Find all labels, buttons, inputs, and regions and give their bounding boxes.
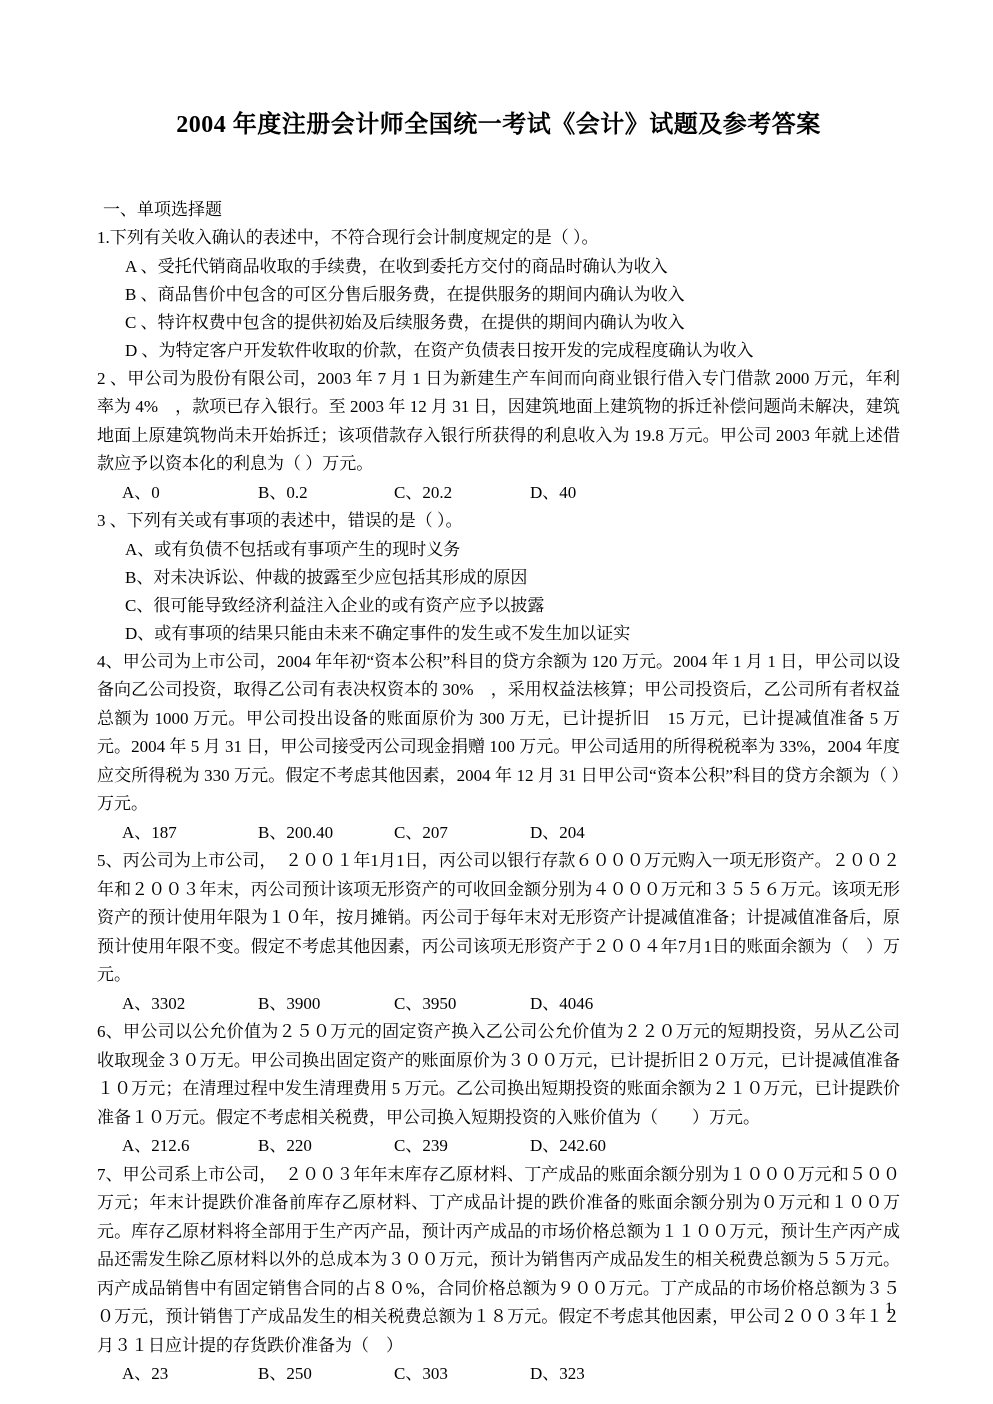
option-c: C、207: [394, 819, 512, 848]
option-b: B 、商品售价中包含的可区分售后服务费，在提供服务的期间内确认为收入: [125, 281, 900, 309]
option-b: B、220: [258, 1132, 376, 1161]
question-2-stem: 2 、甲公司为股份有限公司，2003 年 7 月 1 日为新建生产车间而向商业银…: [97, 365, 900, 479]
option-d: D、或有事项的结果只能由未来不确定事件的发生或不发生加以证实: [125, 620, 900, 648]
option-d: D、242.60: [530, 1132, 606, 1161]
question-3: 3 、下列有关或有事项的表述中，错误的是（ ）。 A、或有负债不包括或有事项产生…: [97, 507, 900, 648]
question-2-options: A、0 B、0.2 C、20.2 D、40: [97, 479, 900, 508]
option-c: C、303: [394, 1360, 512, 1389]
option-b: B、对未决诉讼、仲裁的披露至少应包括其形成的原因: [125, 564, 900, 592]
option-a: A、212.6: [122, 1132, 240, 1161]
question-5-stem: 5、丙公司为上市公司， ２００１年1月1日，丙公司以银行存款６０００万元购入一项…: [97, 847, 900, 990]
option-d: D 、为特定客户开发软件收取的价款，在资产负债表日按开发的完成程度确认为收入: [125, 337, 900, 365]
question-4: 4、甲公司为上市公司，2004 年年初“资本公积”科目的贷方余额为 120 万元…: [97, 648, 900, 848]
option-d: D、204: [530, 819, 585, 848]
page-number: 1: [885, 1298, 893, 1320]
page-title: 2004 年度注册会计师全国统一考试《会计》试题及参考答案: [97, 108, 900, 142]
question-7-stem: 7、甲公司系上市公司， ２００３年年末库存乙原材料、丁产成品的账面余额分别为１０…: [97, 1161, 900, 1361]
option-a: A 、受托代销商品收取的手续费，在收到委托方交付的商品时确认为收入: [125, 253, 900, 281]
option-b: B、0.2: [258, 479, 376, 508]
option-a: A、3302: [122, 990, 240, 1019]
question-6-stem: 6、甲公司以公允价值为２５０万元的固定资产换入乙公司公允价值为２２０万元的短期投…: [97, 1018, 900, 1132]
question-4-options: A、187 B、200.40 C、207 D、204: [97, 819, 900, 848]
option-a: A、或有负债不包括或有事项产生的现时义务: [125, 536, 900, 564]
option-c: C、239: [394, 1132, 512, 1161]
option-a: A、0: [122, 479, 240, 508]
question-3-options: A、或有负债不包括或有事项产生的现时义务 B、对未决诉讼、仲裁的披露至少应包括其…: [97, 536, 900, 648]
question-2: 2 、甲公司为股份有限公司，2003 年 7 月 1 日为新建生产车间而向商业银…: [97, 365, 900, 508]
question-1-options: A 、受托代销商品收取的手续费，在收到委托方交付的商品时确认为收入 B 、商品售…: [97, 253, 900, 365]
option-d: D、40: [530, 479, 576, 508]
option-d: D、4046: [530, 990, 593, 1019]
option-b: B、200.40: [258, 819, 376, 848]
section-heading: 一、单项选择题: [97, 196, 900, 224]
question-1: 1.下列有关收入确认的表述中，不符合现行会计制度规定的是（ ）。 A 、受托代销…: [97, 224, 900, 365]
option-a: A、23: [122, 1360, 240, 1389]
question-5-options: A、3302 B、3900 C、3950 D、4046: [97, 990, 900, 1019]
option-c: C、3950: [394, 990, 512, 1019]
document-page: 2004 年度注册会计师全国统一考试《会计》试题及参考答案 一、单项选择题 1.…: [0, 0, 993, 1404]
option-d: D、323: [530, 1360, 585, 1389]
option-c: C、20.2: [394, 479, 512, 508]
option-c: C、很可能导致经济利益注入企业的或有资产应予以披露: [125, 592, 900, 620]
question-1-stem: 1.下列有关收入确认的表述中，不符合现行会计制度规定的是（ ）。: [97, 224, 900, 253]
option-b: B、250: [258, 1360, 376, 1389]
question-6: 6、甲公司以公允价值为２５０万元的固定资产换入乙公司公允价值为２２０万元的短期投…: [97, 1018, 900, 1161]
question-7-options: A、23 B、250 C、303 D、323: [97, 1360, 900, 1389]
question-3-stem: 3 、下列有关或有事项的表述中，错误的是（ ）。: [97, 507, 900, 536]
question-7: 7、甲公司系上市公司， ２００３年年末库存乙原材料、丁产成品的账面余额分别为１０…: [97, 1161, 900, 1389]
option-a: A、187: [122, 819, 240, 848]
question-5: 5、丙公司为上市公司， ２００１年1月1日，丙公司以银行存款６０００万元购入一项…: [97, 847, 900, 1018]
question-4-stem: 4、甲公司为上市公司，2004 年年初“资本公积”科目的贷方余额为 120 万元…: [97, 648, 900, 819]
question-6-options: A、212.6 B、220 C、239 D、242.60: [97, 1132, 900, 1161]
option-c: C 、特许权费中包含的提供初始及后续服务费，在提供的期间内确认为收入: [125, 309, 900, 337]
option-b: B、3900: [258, 990, 376, 1019]
